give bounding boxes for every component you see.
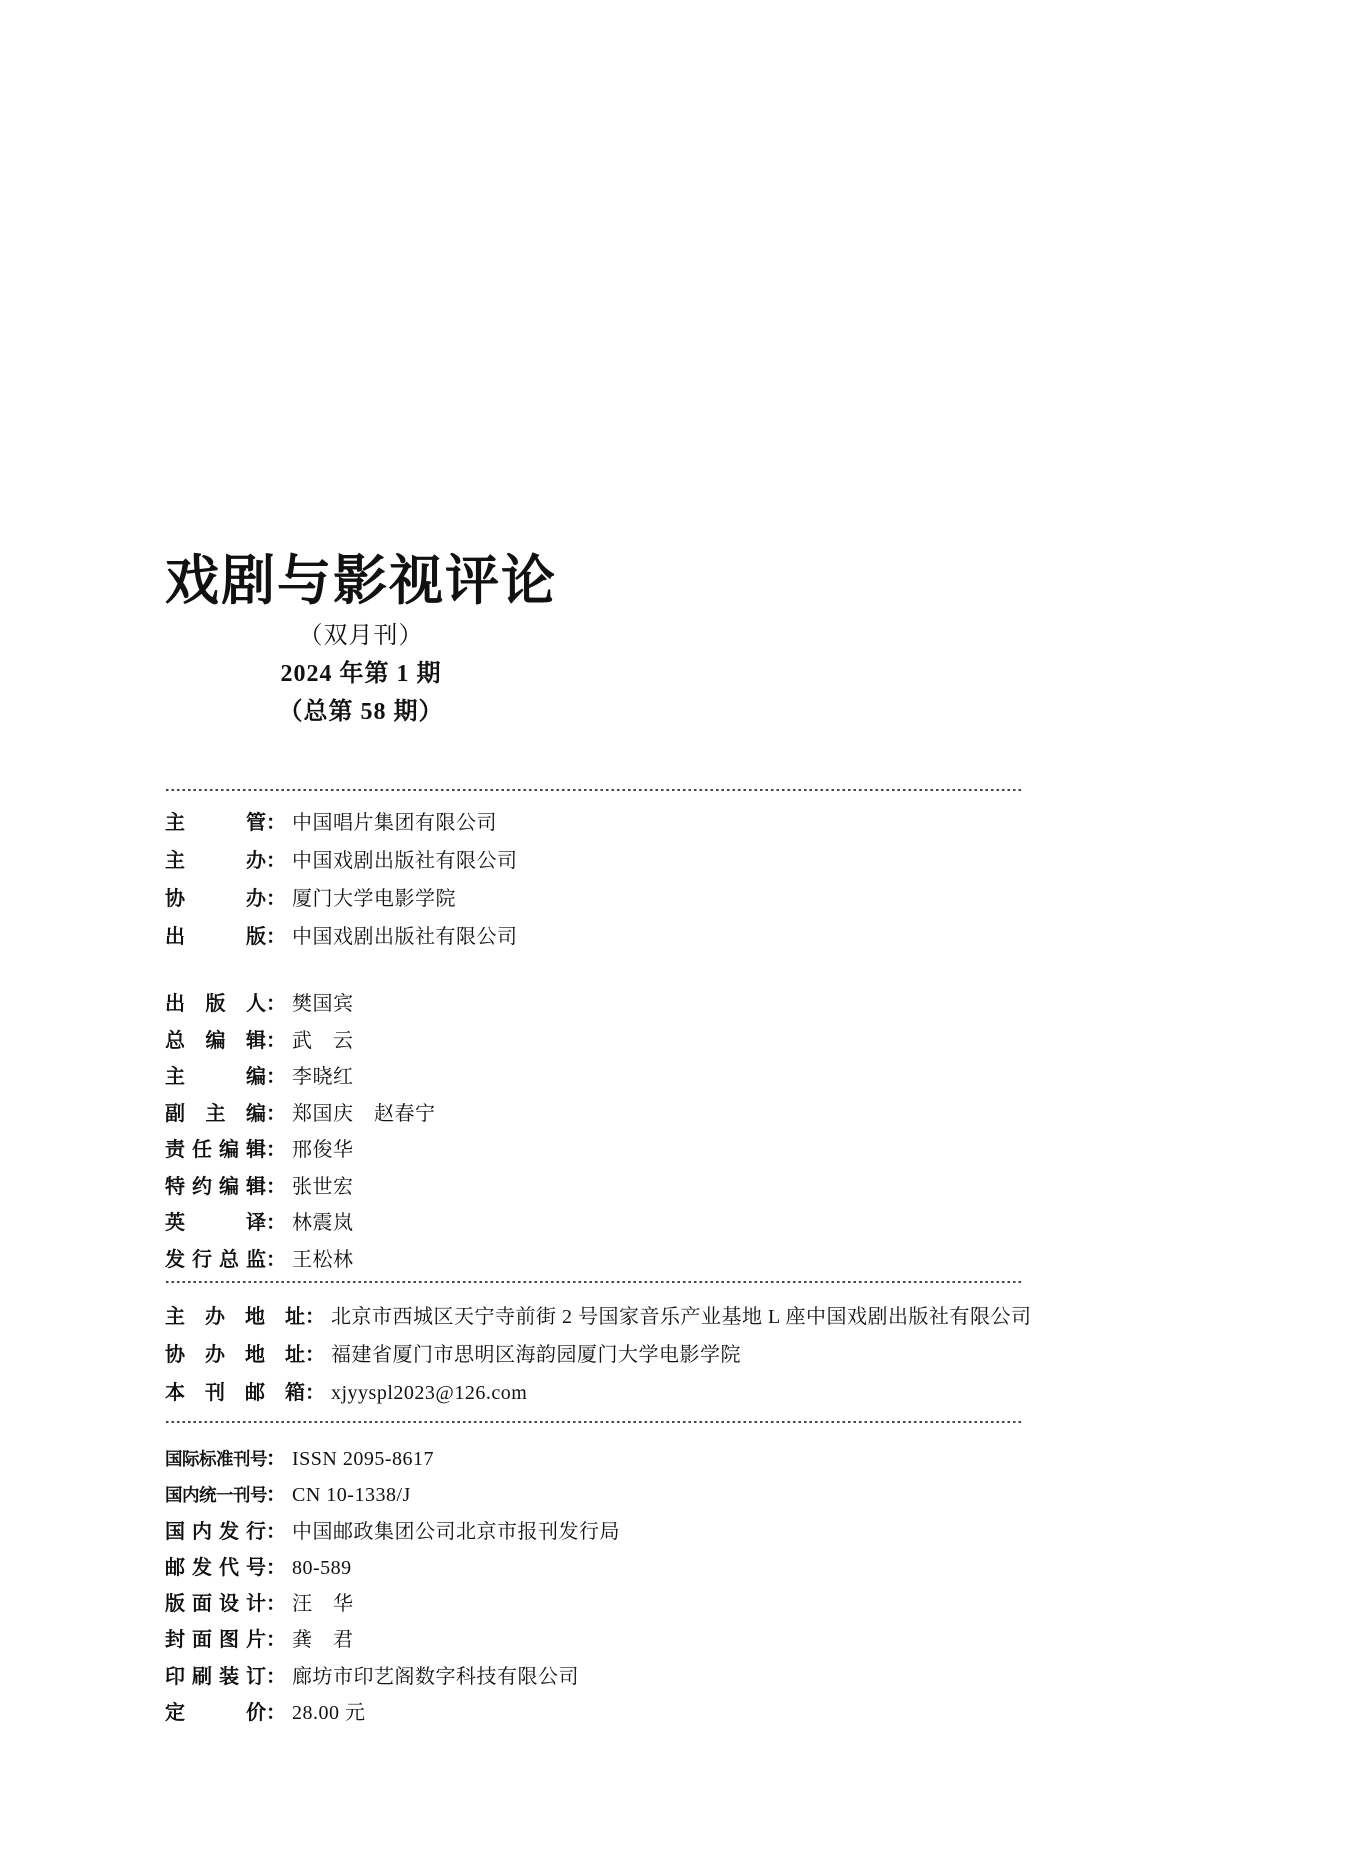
label-colon: ： [266,1484,286,1506]
dotted-divider [166,789,1024,791]
colophon-page: 戏剧与影视评论 （双月刊） 2024 年第 1 期 （总第 58 期） 主管：中… [0,0,1360,1850]
label-colon: ： [266,1249,286,1271]
masthead-row: 版面设计：汪 华 [165,1587,1045,1623]
row-value: 张世宏 [292,1176,354,1198]
row-label: 主编 [165,1060,266,1096]
masthead-row: 主编：李晓红 [165,1060,1045,1097]
masthead-row: 英译：林震岚 [165,1206,1045,1243]
row-label: 副主编 [165,1097,266,1133]
masthead-row: 出版人：樊国宾 [165,987,1045,1024]
masthead-row: 本刊邮箱：xjyyspl2023@126.com [165,1375,1045,1413]
row-label: 定价 [165,1696,266,1731]
masthead-row: 主办地址：北京市西城区天宁寺前街 2 号国家音乐产业基地 L 座中国戏剧出版社有… [165,1299,1045,1337]
row-label: 协办 [165,881,266,918]
masthead-row: 副主编：郑国庆 赵春宁 [165,1097,1045,1134]
row-label: 国内发行 [165,1515,266,1550]
masthead-row: 封面图片：龚 君 [165,1623,1045,1659]
masthead-row: 国内统一刊号：CN 10-1338/J [165,1478,1045,1514]
masthead-row: 邮发代号：80-589 [165,1551,1045,1587]
row-label: 主办 [165,843,266,880]
row-label: 国际标准刊号 [165,1442,266,1477]
row-value: 武 云 [292,1030,354,1052]
masthead-row: 出版：中国戏剧出版社有限公司 [165,919,1045,957]
row-label: 印刷装订 [165,1660,266,1695]
row-label: 邮发代号 [165,1551,266,1586]
row-value: 中国戏剧出版社有限公司 [292,926,518,948]
masthead-row: 协办地址：福建省厦门市思明区海韵园厦门大学电影学院 [165,1337,1045,1375]
row-value: 李晓红 [292,1066,354,1088]
masthead-row: 发行总监：王松林 [165,1243,1045,1280]
label-colon: ： [266,1103,286,1125]
masthead-row: 责任编辑：邢俊华 [165,1133,1045,1170]
row-value: ISSN 2095-8617 [292,1448,434,1470]
row-label: 主管 [165,805,266,842]
row-value: 中国戏剧出版社有限公司 [292,850,518,872]
row-value: 郑国庆 赵春宁 [292,1103,436,1125]
row-value: CN 10-1338/J [292,1484,411,1506]
label-colon: ： [266,1702,286,1724]
dotted-divider [166,1421,1024,1423]
label-colon: ： [305,1344,325,1366]
row-label: 英译 [165,1206,266,1242]
masthead-row: 印刷装订：廊坊市印艺阁数字科技有限公司 [165,1660,1045,1696]
row-value: 龚 君 [292,1629,354,1651]
row-value: 林震岚 [292,1212,354,1234]
row-value: 汪 华 [292,1593,354,1615]
journal-header: 戏剧与影视评论 （双月刊） 2024 年第 1 期 （总第 58 期） [165,543,557,731]
label-colon: ： [266,1066,286,1088]
row-label: 特约编辑 [165,1170,266,1206]
row-value: 福建省厦门市思明区海韵园厦门大学电影学院 [331,1344,741,1366]
issue-number: 2024 年第 1 期 [165,655,557,693]
label-colon: ： [266,1629,286,1651]
row-label: 主办地址 [165,1299,305,1336]
address-section: 主办地址：北京市西城区天宁寺前街 2 号国家音乐产业基地 L 座中国戏剧出版社有… [165,1299,1045,1413]
label-colon: ： [266,993,286,1015]
masthead-row: 主办：中国戏剧出版社有限公司 [165,843,1045,881]
label-colon: ： [266,850,286,872]
masthead-row: 国际标准刊号：ISSN 2095-8617 [165,1442,1045,1478]
row-label: 出版人 [165,987,266,1023]
label-colon: ： [266,1030,286,1052]
row-value: 厦门大学电影学院 [292,888,456,910]
masthead-row: 国内发行：中国邮政集团公司北京市报刊发行局 [165,1515,1045,1551]
row-label: 版面设计 [165,1587,266,1622]
label-colon: ： [305,1306,325,1328]
row-value: 邢俊华 [292,1139,354,1161]
row-label: 发行总监 [165,1243,266,1279]
masthead-row: 主管：中国唱片集团有限公司 [165,805,1045,843]
label-colon: ： [266,1139,286,1161]
row-label: 本刊邮箱 [165,1375,305,1412]
row-value: 北京市西城区天宁寺前街 2 号国家音乐产业基地 L 座中国戏剧出版社有限公司 [331,1306,1031,1328]
label-colon: ： [266,1666,286,1688]
row-value: 廊坊市印艺阁数字科技有限公司 [292,1666,579,1688]
row-value: 王松林 [292,1249,354,1271]
masthead-row: 特约编辑：张世宏 [165,1170,1045,1207]
row-label: 总编辑 [165,1024,266,1060]
journal-title: 戏剧与影视评论 [165,543,557,617]
label-colon: ： [305,1382,325,1404]
masthead-row: 协办：厦门大学电影学院 [165,881,1045,919]
label-colon: ： [266,1593,286,1615]
label-colon: ： [266,812,286,834]
row-label: 封面图片 [165,1623,266,1658]
issue-total: （总第 58 期） [165,693,557,731]
label-colon: ： [266,926,286,948]
row-label: 国内统一刊号 [165,1478,266,1513]
row-value: 中国唱片集团有限公司 [292,812,497,834]
label-colon: ： [266,1557,286,1579]
row-label: 出版 [165,919,266,956]
dotted-divider [166,1281,1024,1283]
publication-info-section: 国际标准刊号：ISSN 2095-8617 国内统一刊号：CN 10-1338/… [165,1442,1045,1732]
label-colon: ： [266,1212,286,1234]
masthead-row: 总编辑：武 云 [165,1024,1045,1061]
label-colon: ： [266,1448,286,1470]
label-colon: ： [266,888,286,910]
row-value: 80-589 [292,1557,352,1579]
row-label: 责任编辑 [165,1133,266,1169]
row-label: 协办地址 [165,1337,305,1374]
label-colon: ： [266,1521,286,1543]
journal-subtitle: （双月刊） [165,617,557,655]
label-colon: ： [266,1176,286,1198]
masthead-row: 定价：28.00 元 [165,1696,1045,1732]
row-value: xjyyspl2023@126.com [331,1382,527,1404]
publisher-section: 主管：中国唱片集团有限公司 主办：中国戏剧出版社有限公司 协办：厦门大学电影学院… [165,805,1045,957]
staff-section: 出版人：樊国宾 总编辑：武 云 主编：李晓红 副主编：郑国庆 赵春宁 责任编辑：… [165,987,1045,1279]
row-value: 樊国宾 [292,993,354,1015]
row-value: 28.00 元 [292,1702,366,1724]
row-value: 中国邮政集团公司北京市报刊发行局 [292,1521,620,1543]
